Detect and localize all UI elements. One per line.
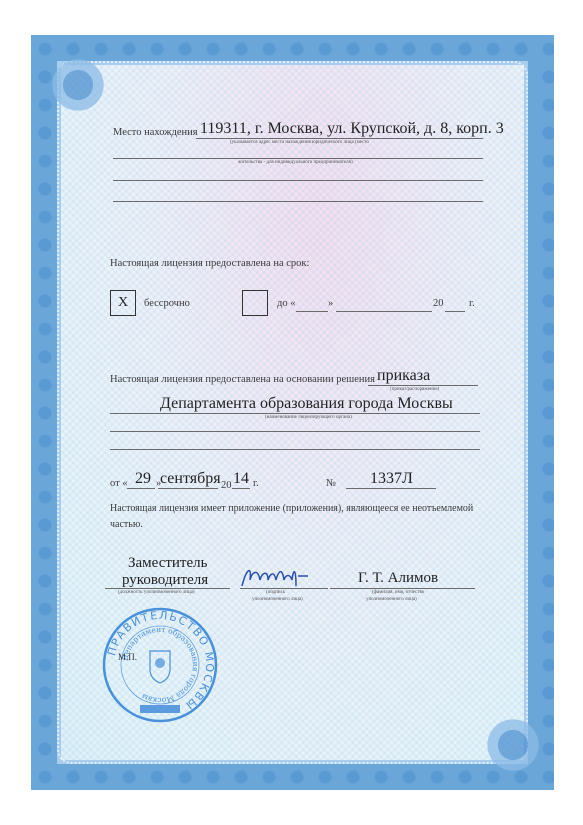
until-month-line [336, 311, 432, 312]
location-caption-1: (указывается адрес места нахождения юрид… [230, 140, 369, 145]
appendix-note-1: Настоящая лицензия имеет приложение (при… [110, 503, 473, 514]
license-number: 1337Л [370, 470, 413, 488]
location-label: Место нахождения [113, 127, 198, 138]
date-month-line [158, 488, 218, 489]
term-heading: Настоящая лицензия предоставлена на срок… [110, 258, 309, 269]
location-line-2 [113, 158, 483, 159]
until-year-line [445, 311, 465, 312]
location-line [196, 138, 483, 139]
number-line [346, 488, 436, 489]
authority-value: Департамента образования города Москвы [160, 395, 453, 413]
date-year-line [232, 488, 250, 489]
signatory-name: Г. Т. Алимов [358, 570, 438, 587]
indefinite-checkbox[interactable]: X [110, 290, 136, 316]
decision-type: приказа [377, 367, 430, 385]
date-day: 29 [135, 470, 151, 488]
corner-ornament-icon [48, 55, 108, 115]
appendix-note-2: частью. [110, 519, 143, 530]
date-month: сентября [160, 470, 221, 488]
basis-line-4 [110, 449, 480, 450]
date-day-line [127, 488, 155, 489]
position-line-1: Заместитель [128, 555, 207, 572]
name-caption-2: уполномоченного лица) [366, 597, 417, 602]
mp-label: М.П. [118, 652, 137, 662]
location-value: 119311, г. Москва, ул. Крупской, д. 8, к… [200, 120, 504, 138]
corner-ornament-icon [483, 715, 543, 775]
indefinite-label: бессрочно [144, 298, 190, 309]
authority-line [110, 413, 480, 414]
signature-caption-2: уполномоченного лица) [252, 597, 303, 602]
until-mid: » [328, 298, 333, 309]
position-line-2: руководителя [122, 572, 208, 589]
position-caption: (должность уполномоченного лица) [118, 590, 195, 595]
signature-line [240, 588, 328, 589]
authority-caption: (наименование лицензирующего органа) [265, 415, 352, 420]
until-year-prefix: 20 [433, 298, 444, 309]
until-prefix: до « [277, 298, 295, 309]
location-line-4 [113, 201, 483, 202]
basis-line-3 [110, 431, 480, 432]
signature-caption-1: (подпись [266, 590, 285, 595]
until-day-line [296, 311, 328, 312]
date-year-prefix: 20 [221, 480, 232, 491]
name-line [330, 588, 475, 589]
date-year-label: г. [253, 478, 259, 489]
location-caption-2: жительства - для индивидуального предпри… [238, 160, 353, 165]
basis-label: Настоящая лицензия предоставлена на осно… [110, 374, 375, 385]
until-year-suffix: г. [469, 298, 475, 309]
location-line-3 [113, 180, 483, 181]
position-line [105, 588, 230, 589]
decision-caption: (приказ/распоряжение) [390, 387, 439, 392]
date-year-suffix: 14 [233, 470, 249, 488]
until-checkbox[interactable] [242, 290, 268, 316]
date-from-label: от « [110, 478, 128, 489]
name-caption-1: (фамилия, имя, отчество [372, 590, 424, 595]
number-label: № [326, 478, 336, 489]
official-stamp-icon: ПРАВИТЕЛЬСТВО МОСКВЫ Департамент образов… [100, 605, 220, 725]
decision-line [368, 385, 478, 386]
